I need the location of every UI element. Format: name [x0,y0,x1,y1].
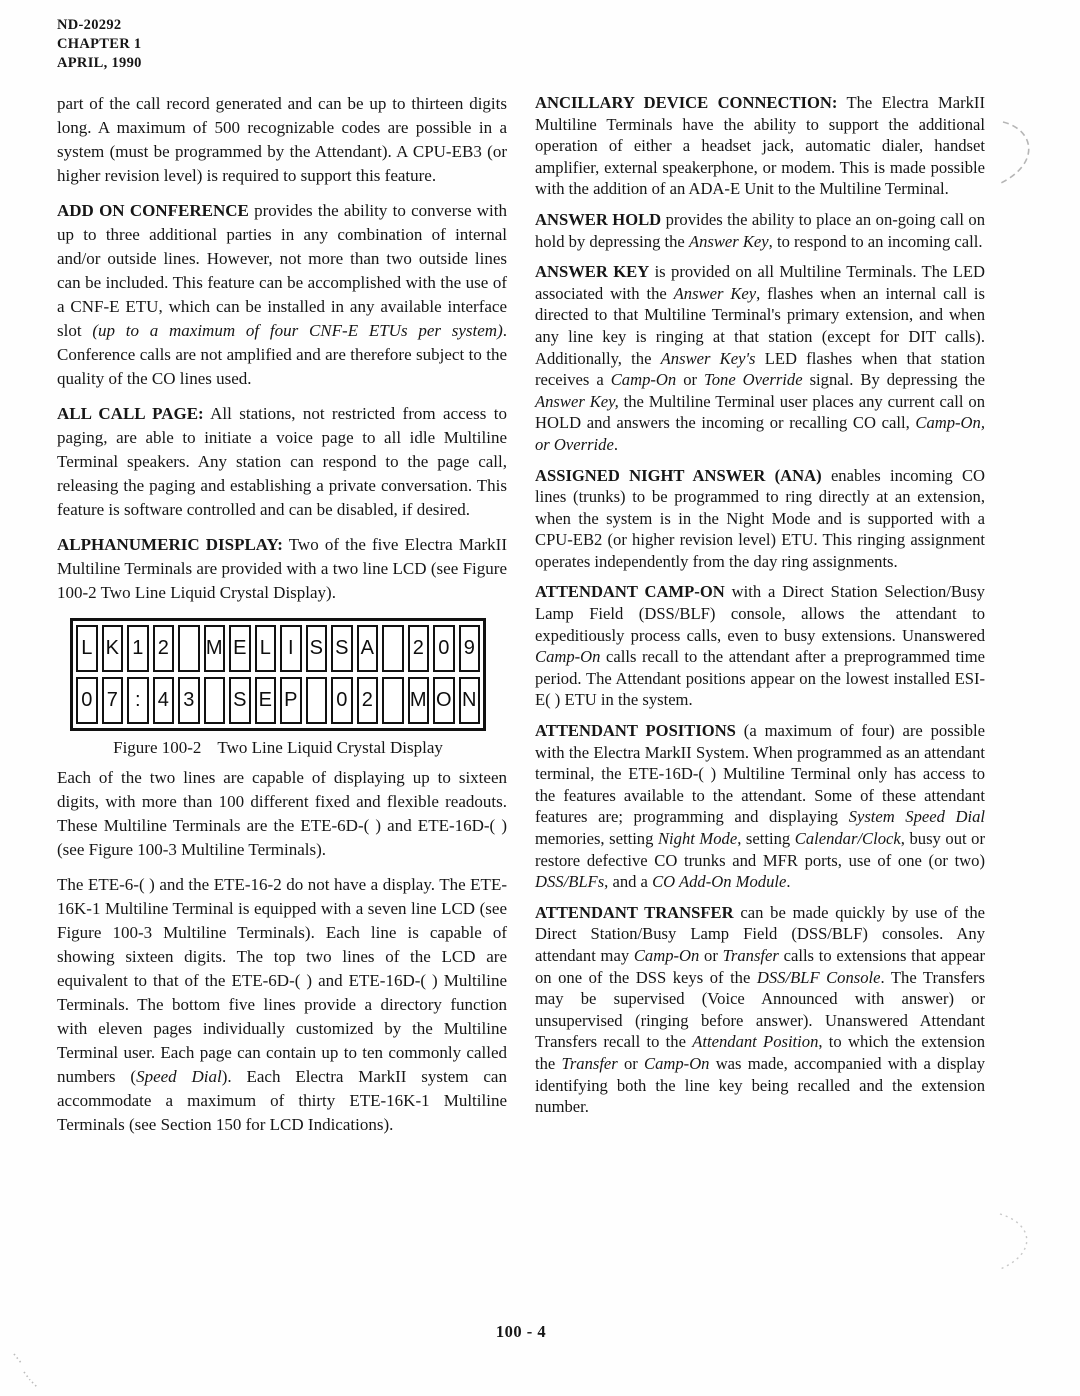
text-run: , and a [604,872,652,891]
lcd-row-1: LK12MELISSA209 [76,625,480,672]
paragraph: ASSIGNED NIGHT ANSWER (ANA) enables inco… [535,465,985,573]
lcd-cell: 2 [408,625,430,672]
page-footer: 100 - 4 [57,1322,985,1342]
italic-run: (up to a maximum of four CNF-E ETUs per … [92,321,502,340]
paragraph: ATTENDANT TRANSFER can be made quickly b… [535,902,985,1118]
italic-run: Attendant Position [692,1032,818,1051]
lcd-cell: : [127,677,149,724]
text-run: Each of the two lines are capable of dis… [57,768,507,859]
text-run: calls recall to the attendant after a pr… [535,647,985,709]
scan-artifact-speckle [8,1348,48,1394]
lcd-cell [204,677,226,724]
lcd-cell: 7 [102,677,124,724]
paragraph: ANSWER KEY is provided on all Multiline … [535,261,985,455]
paragraph: ATTENDANT CAMP-ON with a Direct Station … [535,581,985,711]
right-column: ANCILLARY DEVICE CONNECTION: The Electra… [535,92,985,1127]
italic-run: Camp-On [634,946,699,965]
lcd-cell: L [76,625,98,672]
lcd-display: LK12MELISSA209 07:43SEP02MON [70,618,486,731]
bold-lead: ATTENDANT POSITIONS [535,721,736,740]
scan-artifact-arc-top [983,112,1053,202]
bold-lead: ASSIGNED NIGHT ANSWER (ANA) [535,466,822,485]
right-paragraphs: ANCILLARY DEVICE CONNECTION: The Electra… [535,92,985,1118]
italic-run: DSS/BLF Console [757,968,881,987]
lcd-cell [382,677,404,724]
lcd-cell: 2 [153,625,175,672]
lcd-cell: M [204,625,226,672]
figure-caption: Figure 100-2Two Line Liquid Crystal Disp… [70,738,486,758]
paragraph: ALPHANUMERIC DISPLAY: Two of the five El… [57,533,507,605]
text-run: . [614,435,618,454]
bold-lead: ALPHANUMERIC DISPLAY: [57,535,283,554]
paragraph: part of the call record generated and ca… [57,92,507,188]
bold-lead: ALL CALL PAGE: [57,404,204,423]
lcd-cell: 0 [433,625,455,672]
lcd-cell: K [102,625,124,672]
date-label: APRIL, 1990 [57,54,142,73]
document-page: ND-20292 CHAPTER 1 APRIL, 1990 part of t… [0,0,1080,1396]
italic-run: Speed Dial [136,1067,222,1086]
paragraph: ANSWER HOLD provides the ability to plac… [535,209,985,252]
lcd-cell: S [229,677,251,724]
italic-run: Camp-On [644,1054,709,1073]
lcd-cell [306,677,328,724]
lcd-cell: 3 [178,677,200,724]
lcd-cell: I [280,625,302,672]
lcd-cell: E [255,677,277,724]
lcd-cell: L [255,625,277,672]
paragraph: Each of the two lines are capable of dis… [57,766,507,862]
lcd-cell: A [357,625,379,672]
bold-lead: ADD ON CONFERENCE [57,201,249,220]
scan-artifact-arc-bottom [978,1202,1053,1292]
italic-run: Answer Key, [535,392,619,411]
bold-lead: ANCILLARY DEVICE CONNECTION: [535,93,837,112]
figure-caption-label: Figure 100-2 [113,738,201,757]
italic-run: Night Mode [658,829,737,848]
lcd-cell: S [306,625,328,672]
bold-lead: ATTENDANT CAMP-ON [535,582,725,601]
lcd-cell: E [229,625,251,672]
figure-100-2: LK12MELISSA209 07:43SEP02MON Figure 100-… [70,618,486,758]
lcd-cell [178,625,200,672]
italic-run: DSS/BLFs [535,872,604,891]
italic-run: Tone Override [704,370,803,389]
doc-number: ND-20292 [57,16,142,35]
page-number: 100 - 4 [496,1322,546,1341]
lcd-cell: O [433,677,455,724]
text-run: signal. By depressing the [803,370,985,389]
italic-run: Answer Key [674,284,756,303]
paragraph: ADD ON CONFERENCE provides the ability t… [57,199,507,391]
text-run: , to respond to an incoming call. [769,232,983,251]
text-run: or [618,1054,644,1073]
text-run: memories, setting [535,829,658,848]
lcd-cell: 9 [459,625,481,672]
paragraph: ALL CALL PAGE: All stations, not restric… [57,402,507,522]
text-run: . [786,872,790,891]
italic-run: Camp-On [611,370,676,389]
text-run: , setting [737,829,795,848]
lcd-cell: M [408,677,430,724]
text-run: The ETE-6-( ) and the ETE-16-2 do not ha… [57,875,507,1086]
lcd-cell: N [459,677,481,724]
left-paragraphs-top: part of the call record generated and ca… [57,92,507,605]
lcd-cell: 4 [153,677,175,724]
lcd-cell: P [280,677,302,724]
italic-run: Transfer [723,946,779,965]
left-column: part of the call record generated and ca… [57,92,507,1148]
lcd-cell [382,625,404,672]
text-run: or [699,946,722,965]
italic-run: Answer Key's [661,349,756,368]
italic-run: Transfer [562,1054,618,1073]
bold-lead: ANSWER KEY [535,262,649,281]
bold-lead: ATTENDANT TRANSFER [535,903,734,922]
paragraph: ATTENDANT POSITIONS (a maximum of four) … [535,720,985,893]
lcd-cell: 2 [357,677,379,724]
italic-run: Calendar/Clock [795,829,901,848]
lcd-cell: 0 [76,677,98,724]
bold-lead: ANSWER HOLD [535,210,661,229]
lcd-cell: 0 [331,677,353,724]
paragraph: ANCILLARY DEVICE CONNECTION: The Electra… [535,92,985,200]
text-run: provides the ability to converse with up… [57,201,507,340]
text-run: part of the call record generated and ca… [57,94,507,185]
paragraph: The ETE-6-( ) and the ETE-16-2 do not ha… [57,873,507,1137]
italic-run: CO Add-On Module [652,872,786,891]
italic-run: Answer Key [689,232,769,251]
lcd-row-2: 07:43SEP02MON [76,677,480,724]
text-run: or [676,370,704,389]
page-header: ND-20292 CHAPTER 1 APRIL, 1990 [57,16,142,73]
figure-caption-text: Two Line Liquid Crystal Display [217,738,442,757]
lcd-cell: 1 [127,625,149,672]
left-paragraphs-bottom: Each of the two lines are capable of dis… [57,766,507,1137]
italic-run: System Speed Dial [849,807,985,826]
italic-run: Camp-On [535,647,600,666]
lcd-cell: S [331,625,353,672]
chapter-label: CHAPTER 1 [57,35,142,54]
